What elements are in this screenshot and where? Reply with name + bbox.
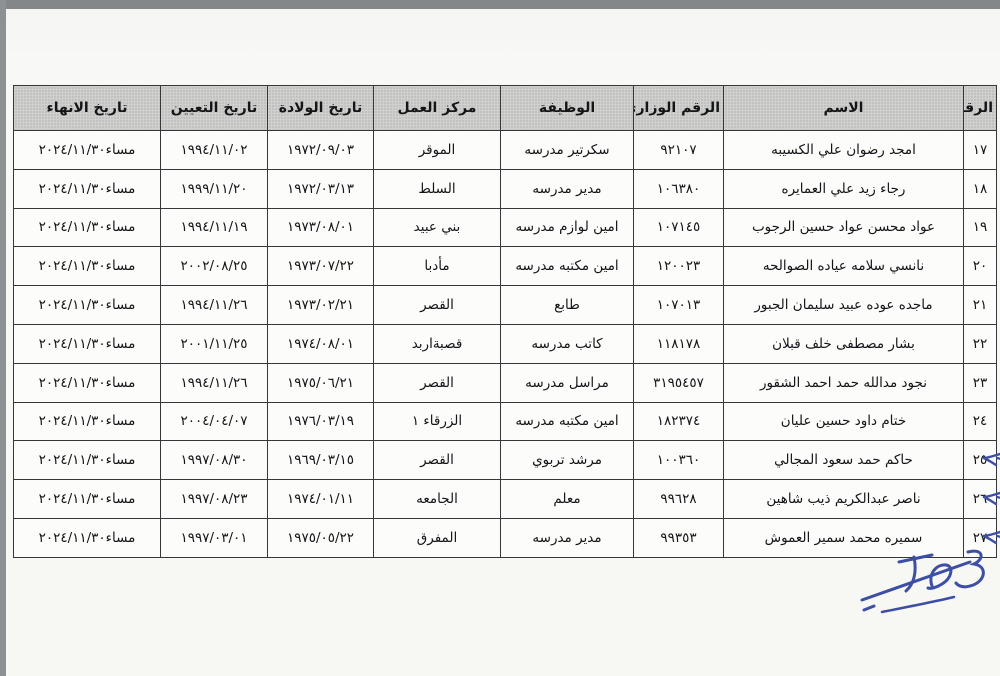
cell-num: ١٨: [964, 169, 997, 208]
cell-end_date: مساء٢٠٢٤/١١/٣٠: [14, 247, 161, 286]
cell-birth_date: ١٩٧٣/٠٧/٢٢: [268, 247, 374, 286]
cell-birth_date: ١٩٧٣/٠٨/٠١: [268, 208, 374, 247]
cell-ministry_no: ٩٩٦٢٨: [634, 480, 724, 519]
cell-num: ٢٤: [964, 402, 997, 441]
cell-end_date: مساء٢٠٢٤/١١/٣٠: [14, 131, 161, 170]
cell-ministry_no: ٩٩٣٥٣: [634, 518, 724, 557]
scanned-document: { "page": { "paper_color": "#f7f7f4", "s…: [0, 0, 1000, 676]
cell-end_date: مساء٢٠٢٤/١١/٣٠: [14, 518, 161, 557]
cell-ministry_no: ٣١٩٥٤٥٧: [634, 363, 724, 402]
col-header-work_center: مركز العمل: [374, 86, 501, 131]
table-row: ٢٤ختام داود حسين عليان١٨٢٣٧٤امين مكتبه م…: [14, 402, 997, 441]
cell-birth_date: ١٩٧٢/٠٣/١٣: [268, 169, 374, 208]
cell-end_date: مساء٢٠٢٤/١١/٣٠: [14, 402, 161, 441]
cell-work_center: الموقر: [374, 131, 501, 170]
table-row: ٢٠نانسي سلامه عياده الصوالحه١٢٠٠٢٣امين م…: [14, 247, 997, 286]
cell-appoint_date: ١٩٩٧/٠٨/٢٣: [161, 480, 268, 519]
cell-job: امين مكتبه مدرسه: [501, 247, 634, 286]
table-row: ٢٦ناصر عبدالكريم ذيب شاهين٩٩٦٢٨معلمالجام…: [14, 480, 997, 519]
cell-work_center: بني عبيد: [374, 208, 501, 247]
cell-ministry_no: ١٢٠٠٢٣: [634, 247, 724, 286]
cell-appoint_date: ١٩٩٤/١١/١٩: [161, 208, 268, 247]
cell-birth_date: ١٩٧٣/٠٢/٢١: [268, 286, 374, 325]
cell-work_center: مأدبا: [374, 247, 501, 286]
col-header-job: الوظيفة: [501, 86, 634, 131]
cell-num: ٢١: [964, 286, 997, 325]
cell-ministry_no: ١١٨١٧٨: [634, 324, 724, 363]
cell-num: ٢٠: [964, 247, 997, 286]
cell-appoint_date: ١٩٩٤/١١/٢٦: [161, 286, 268, 325]
table-row: ١٨رجاء زيد علي العمايره١٠٦٣٨٠مدير مدرسها…: [14, 169, 997, 208]
cell-name: ماجده عوده عبيد سليمان الجبور: [724, 286, 964, 325]
cell-work_center: القصر: [374, 363, 501, 402]
cell-name: ختام داود حسين عليان: [724, 402, 964, 441]
table-header-row: الرقمالاسمالرقم الوزاريالوظيفةمركز العمل…: [14, 86, 997, 131]
cell-job: مرشد تربوي: [501, 441, 634, 480]
cell-birth_date: ١٩٧٤/٠٨/٠١: [268, 324, 374, 363]
cell-birth_date: ١٩٦٩/٠٣/١٥: [268, 441, 374, 480]
signature-scribble: [852, 546, 998, 624]
cell-job: مدير مدرسه: [501, 169, 634, 208]
cell-end_date: مساء٢٠٢٤/١١/٣٠: [14, 286, 161, 325]
col-header-ministry_no: الرقم الوزاري: [634, 86, 724, 131]
cell-appoint_date: ١٩٩٤/١١/٠٢: [161, 131, 268, 170]
cell-ministry_no: ١٨٢٣٧٤: [634, 402, 724, 441]
scan-edge-top: [0, 0, 1000, 9]
cell-job: كاتب مدرسه: [501, 324, 634, 363]
cell-appoint_date: ١٩٩٩/١١/٢٠: [161, 169, 268, 208]
col-header-name: الاسم: [724, 86, 964, 131]
table-row: ٢٣نجود مدالله حمد احمد الشقور٣١٩٥٤٥٧مراس…: [14, 363, 997, 402]
cell-ministry_no: ١٠٧٠١٣: [634, 286, 724, 325]
cell-appoint_date: ٢٠٠٢/٠٨/٢٥: [161, 247, 268, 286]
cell-work_center: الزرقاء ١: [374, 402, 501, 441]
col-header-end_date: تاريخ الانهاء: [14, 86, 161, 131]
cell-ministry_no: ١٠٧١٤٥: [634, 208, 724, 247]
cell-appoint_date: ٢٠٠٤/٠٤/٠٧: [161, 402, 268, 441]
cell-work_center: القصر: [374, 286, 501, 325]
cell-work_center: الجامعه: [374, 480, 501, 519]
cell-work_center: قصبةاربد: [374, 324, 501, 363]
col-header-appoint_date: تاريخ التعيين: [161, 86, 268, 131]
cell-appoint_date: ١٩٩٧/٠٣/٠١: [161, 518, 268, 557]
cell-appoint_date: ٢٠٠١/١١/٢٥: [161, 324, 268, 363]
cell-birth_date: ١٩٧٢/٠٩/٠٣: [268, 131, 374, 170]
table-row: ١٩عواد محسن عواد حسين الرجوب١٠٧١٤٥امين ل…: [14, 208, 997, 247]
cell-ministry_no: ٩٢١٠٧: [634, 131, 724, 170]
cell-job: سكرتير مدرسه: [501, 131, 634, 170]
table-row: ١٧امجد رضوان علي الكسيبه٩٢١٠٧سكرتير مدرس…: [14, 131, 997, 170]
cell-name: عواد محسن عواد حسين الرجوب: [724, 208, 964, 247]
pen-tick-mark: [981, 490, 1000, 506]
col-header-birth_date: تاريخ الولادة: [268, 86, 374, 131]
cell-name: نانسي سلامه عياده الصوالحه: [724, 247, 964, 286]
col-header-num: الرقم: [964, 86, 997, 131]
cell-work_center: المفرق: [374, 518, 501, 557]
cell-job: مراسل مدرسه: [501, 363, 634, 402]
cell-end_date: مساء٢٠٢٤/١١/٣٠: [14, 169, 161, 208]
cell-name: امجد رضوان علي الكسيبه: [724, 131, 964, 170]
table-row: ٢٧سميره محمد سمير العموش٩٩٣٥٣مدير مدرسها…: [14, 518, 997, 557]
cell-ministry_no: ١٠٠٣٦٠: [634, 441, 724, 480]
cell-name: نجود مدالله حمد احمد الشقور: [724, 363, 964, 402]
cell-job: امين مكتبه مدرسه: [501, 402, 634, 441]
cell-ministry_no: ١٠٦٣٨٠: [634, 169, 724, 208]
pen-tick-mark: [981, 451, 1000, 467]
cell-work_center: القصر: [374, 441, 501, 480]
scan-edge-left: [0, 0, 6, 676]
cell-name: رجاء زيد علي العمايره: [724, 169, 964, 208]
table-row: ٢٢بشار مصطفى خلف قبلان١١٨١٧٨كاتب مدرسهقص…: [14, 324, 997, 363]
cell-num: ٢٣: [964, 363, 997, 402]
table-row: ٢١ماجده عوده عبيد سليمان الجبور١٠٧٠١٣طاب…: [14, 286, 997, 325]
cell-job: مدير مدرسه: [501, 518, 634, 557]
cell-birth_date: ١٩٧٦/٠٣/١٩: [268, 402, 374, 441]
cell-work_center: السلط: [374, 169, 501, 208]
cell-end_date: مساء٢٠٢٤/١١/٣٠: [14, 324, 161, 363]
cell-job: معلم: [501, 480, 634, 519]
table-row: ٢٥حاكم حمد سعود المجالي١٠٠٣٦٠مرشد تربويا…: [14, 441, 997, 480]
cell-num: ١٩: [964, 208, 997, 247]
cell-name: ناصر عبدالكريم ذيب شاهين: [724, 480, 964, 519]
cell-end_date: مساء٢٠٢٤/١١/٣٠: [14, 363, 161, 402]
cell-birth_date: ١٩٧٥/٠٦/٢١: [268, 363, 374, 402]
cell-appoint_date: ١٩٩٧/٠٨/٣٠: [161, 441, 268, 480]
cell-end_date: مساء٢٠٢٤/١١/٣٠: [14, 208, 161, 247]
cell-birth_date: ١٩٧٤/٠١/١١: [268, 480, 374, 519]
cell-job: امين لوازم مدرسه: [501, 208, 634, 247]
cell-appoint_date: ١٩٩٤/١١/٢٦: [161, 363, 268, 402]
cell-job: طابع: [501, 286, 634, 325]
cell-num: ٢٢: [964, 324, 997, 363]
pen-tick-mark: [981, 529, 1000, 545]
cell-num: ١٧: [964, 131, 997, 170]
cell-birth_date: ١٩٧٥/٠٥/٢٢: [268, 518, 374, 557]
cell-end_date: مساء٢٠٢٤/١١/٣٠: [14, 441, 161, 480]
cell-name: حاكم حمد سعود المجالي: [724, 441, 964, 480]
cell-name: بشار مصطفى خلف قبلان: [724, 324, 964, 363]
cell-end_date: مساء٢٠٢٤/١١/٣٠: [14, 480, 161, 519]
employees-table: الرقمالاسمالرقم الوزاريالوظيفةمركز العمل…: [13, 85, 997, 558]
